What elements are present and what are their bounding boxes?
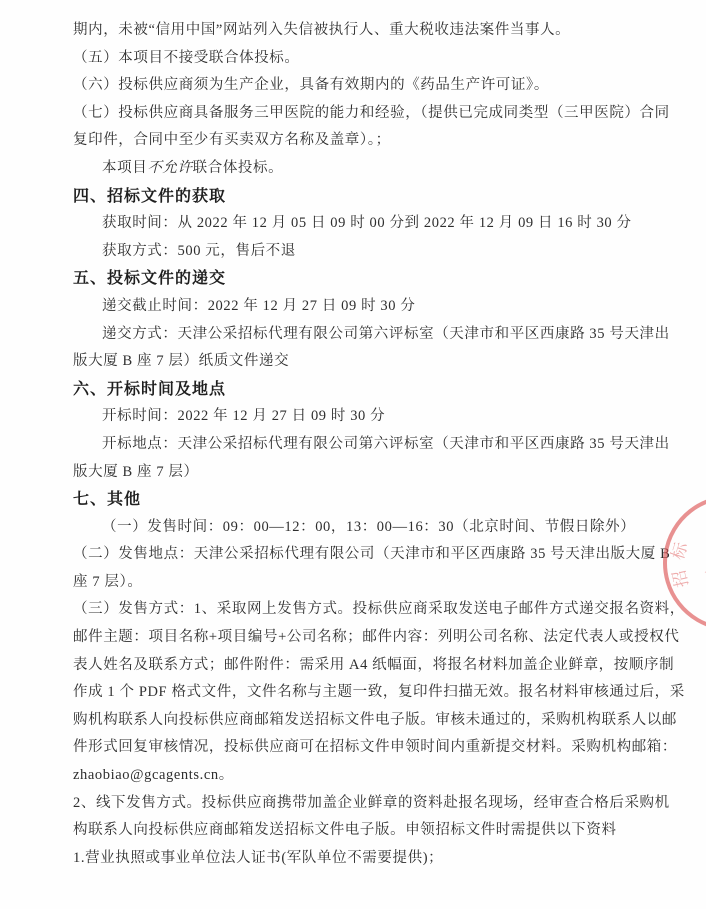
- text-line: zhaobiao@gcagents.cn。: [73, 762, 686, 790]
- text-line: 获取方式：500 元，售后不退: [73, 238, 686, 266]
- seal-star-icon: [693, 525, 706, 598]
- document-body: 期内，未被“信用中国”网站列入失信被执行人、重大税收违法案件当事人。（五）本项目…: [73, 17, 686, 872]
- emphasized-text: 不允许: [147, 160, 192, 176]
- text-line: 作成 1 个 PDF 格式文件，文件名称与主题一致，复印件扫描无效。报名材料审核…: [73, 679, 686, 707]
- text-run: （五）本项目不接受联合体投标。: [73, 50, 300, 66]
- text-run: 1.营业执照或事业单位法人证书(军队单位不需要提供)；: [73, 850, 443, 866]
- text-line: （六）投标供应商须为生产企业，具备有效期内的《药品生产许可证》。: [73, 72, 686, 100]
- text-run: （三）发售方式：1、采取网上发售方式。投标供应商采取发送电子邮件方式递交报名资料…: [73, 601, 685, 617]
- text-line: 邮件主题：项目名称+项目编号+公司名称；邮件内容：列明公司名称、法定代表人或授权…: [73, 624, 686, 652]
- text-line: 版大厦 B 座 7 层）: [73, 459, 686, 487]
- text-run: 表人姓名及联系方式；邮件附件：需采用 A4 纸幅面，将报名材料加盖企业鲜章，按顺…: [73, 657, 674, 673]
- text-run: 递交方式：天津公采招标代理有限公司第六评标室（天津市和平区西康路 35 号天津出: [102, 326, 670, 342]
- text-run: 本项目: [102, 160, 147, 176]
- text-line: 递交截止时间：2022 年 12 月 27 日 09 时 30 分: [73, 293, 686, 321]
- text-line: 本项目不允许联合体投标。: [73, 155, 686, 183]
- text-run: （六）投标供应商须为生产企业，具备有效期内的《药品生产许可证》。: [73, 77, 549, 93]
- text-line: 购机构联系人向投标供应商邮箱发送招标文件电子版。审核未通过的，采购机构联系人以邮: [73, 707, 686, 735]
- text-line: （七）投标供应商具备服务三甲医院的能力和经验，（提供已完成同类型（三甲医院）合同: [73, 100, 686, 128]
- section-heading: 五、投标文件的递交: [73, 265, 686, 293]
- text-run: 获取方式：500 元，售后不退: [102, 243, 296, 259]
- text-line: 2、线下发售方式。投标供应商携带加盖企业鲜章的资料赴报名现场，经审查合格后采购机: [73, 790, 686, 818]
- text-run: 递交截止时间：2022 年 12 月 27 日 09 时 30 分: [102, 298, 415, 314]
- text-run: 构联系人向投标供应商邮箱发送招标文件电子版。申领招标文件时需提供以下资料: [73, 822, 617, 838]
- text-run: 期内，未被“信用中国”网站列入失信被执行人、重大税收违法案件当事人。: [73, 22, 570, 38]
- text-line: 开标地点：天津公采招标代理有限公司第六评标室（天津市和平区西康路 35 号天津出: [73, 431, 686, 459]
- text-line: 复印件，合同中至少有买卖双方名称及盖章）。；: [73, 127, 686, 155]
- text-run: 复印件，合同中至少有买卖双方名称及盖章）。；: [73, 132, 391, 148]
- text-run: 版大厦 B 座 7 层）: [73, 464, 199, 480]
- text-line: 获取时间：从 2022 年 12 月 05 日 09 时 00 分到 2022 …: [73, 210, 686, 238]
- section-heading: 四、招标文件的获取: [73, 183, 686, 211]
- text-run: 邮件主题：项目名称+项目编号+公司名称；邮件内容：列明公司名称、法定代表人或授权…: [73, 629, 679, 645]
- document-page: 期内，未被“信用中国”网站列入失信被执行人、重大税收违法案件当事人。（五）本项目…: [0, 0, 706, 909]
- text-run: 七、其他: [73, 491, 141, 508]
- text-run: 购机构联系人向投标供应商邮箱发送招标文件电子版。审核未通过的，采购机构联系人以邮: [73, 712, 677, 728]
- text-line: 期内，未被“信用中国”网站列入失信被执行人、重大税收违法案件当事人。: [73, 17, 686, 45]
- text-line: 递交方式：天津公采招标代理有限公司第六评标室（天津市和平区西康路 35 号天津出: [73, 321, 686, 349]
- text-line: 座 7 层）。: [73, 569, 686, 597]
- text-line: 1.营业执照或事业单位法人证书(军队单位不需要提供)；: [73, 845, 686, 873]
- text-run: 件形式回复审核情况，投标供应商可在招标文件申领时间内重新提交材料。采购机构邮箱：: [73, 739, 677, 755]
- text-run: （一）发售时间：09：00—12：00，13：00—16：30（北京时间、节假日…: [102, 519, 635, 535]
- text-run: 四、招标文件的获取: [73, 188, 226, 205]
- text-line: 开标时间：2022 年 12 月 27 日 09 时 30 分: [73, 403, 686, 431]
- text-run: （七）投标供应商具备服务三甲医院的能力和经验，（提供已完成同类型（三甲医院）合同: [73, 105, 670, 121]
- text-run: 五、投标文件的递交: [73, 270, 226, 287]
- text-line: （三）发售方式：1、采取网上发售方式。投标供应商采取发送电子邮件方式递交报名资料…: [73, 596, 686, 624]
- text-run: 作成 1 个 PDF 格式文件，文件名称与主题一致，复印件扫描无效。报名材料审核…: [73, 684, 685, 700]
- text-line: （五）本项目不接受联合体投标。: [73, 45, 686, 73]
- text-run: 开标时间：2022 年 12 月 27 日 09 时 30 分: [102, 408, 385, 424]
- text-run: zhaobiao@gcagents.cn。: [73, 767, 234, 783]
- text-run: 2、线下发售方式。投标供应商携带加盖企业鲜章的资料赴报名现场，经审查合格后采购机: [73, 795, 670, 811]
- text-run: 六、开标时间及地点: [73, 381, 226, 398]
- text-run: 获取时间：从 2022 年 12 月 05 日 09 时 00 分到 2022 …: [102, 215, 632, 231]
- section-heading: 七、其他: [73, 486, 686, 514]
- text-run: 联合体投标。: [193, 160, 284, 176]
- section-heading: 六、开标时间及地点: [73, 376, 686, 404]
- text-line: 件形式回复审核情况，投标供应商可在招标文件申领时间内重新提交材料。采购机构邮箱：: [73, 734, 686, 762]
- text-line: （一）发售时间：09：00—12：00，13：00—16：30（北京时间、节假日…: [73, 514, 686, 542]
- text-line: 表人姓名及联系方式；邮件附件：需采用 A4 纸幅面，将报名材料加盖企业鲜章，按顺…: [73, 652, 686, 680]
- text-run: 开标地点：天津公采招标代理有限公司第六评标室（天津市和平区西康路 35 号天津出: [102, 436, 670, 452]
- text-line: （二）发售地点：天津公采招标代理有限公司（天津市和平区西康路 35 号天津出版大…: [73, 541, 686, 569]
- text-run: 版大厦 B 座 7 层）纸质文件递交: [73, 353, 289, 369]
- text-line: 构联系人向投标供应商邮箱发送招标文件电子版。申领招标文件时需提供以下资料: [73, 817, 686, 845]
- text-run: 座 7 层）。: [73, 574, 142, 590]
- text-line: 版大厦 B 座 7 层）纸质文件递交: [73, 348, 686, 376]
- text-run: （二）发售地点：天津公采招标代理有限公司（天津市和平区西康路 35 号天津出版大…: [73, 546, 670, 562]
